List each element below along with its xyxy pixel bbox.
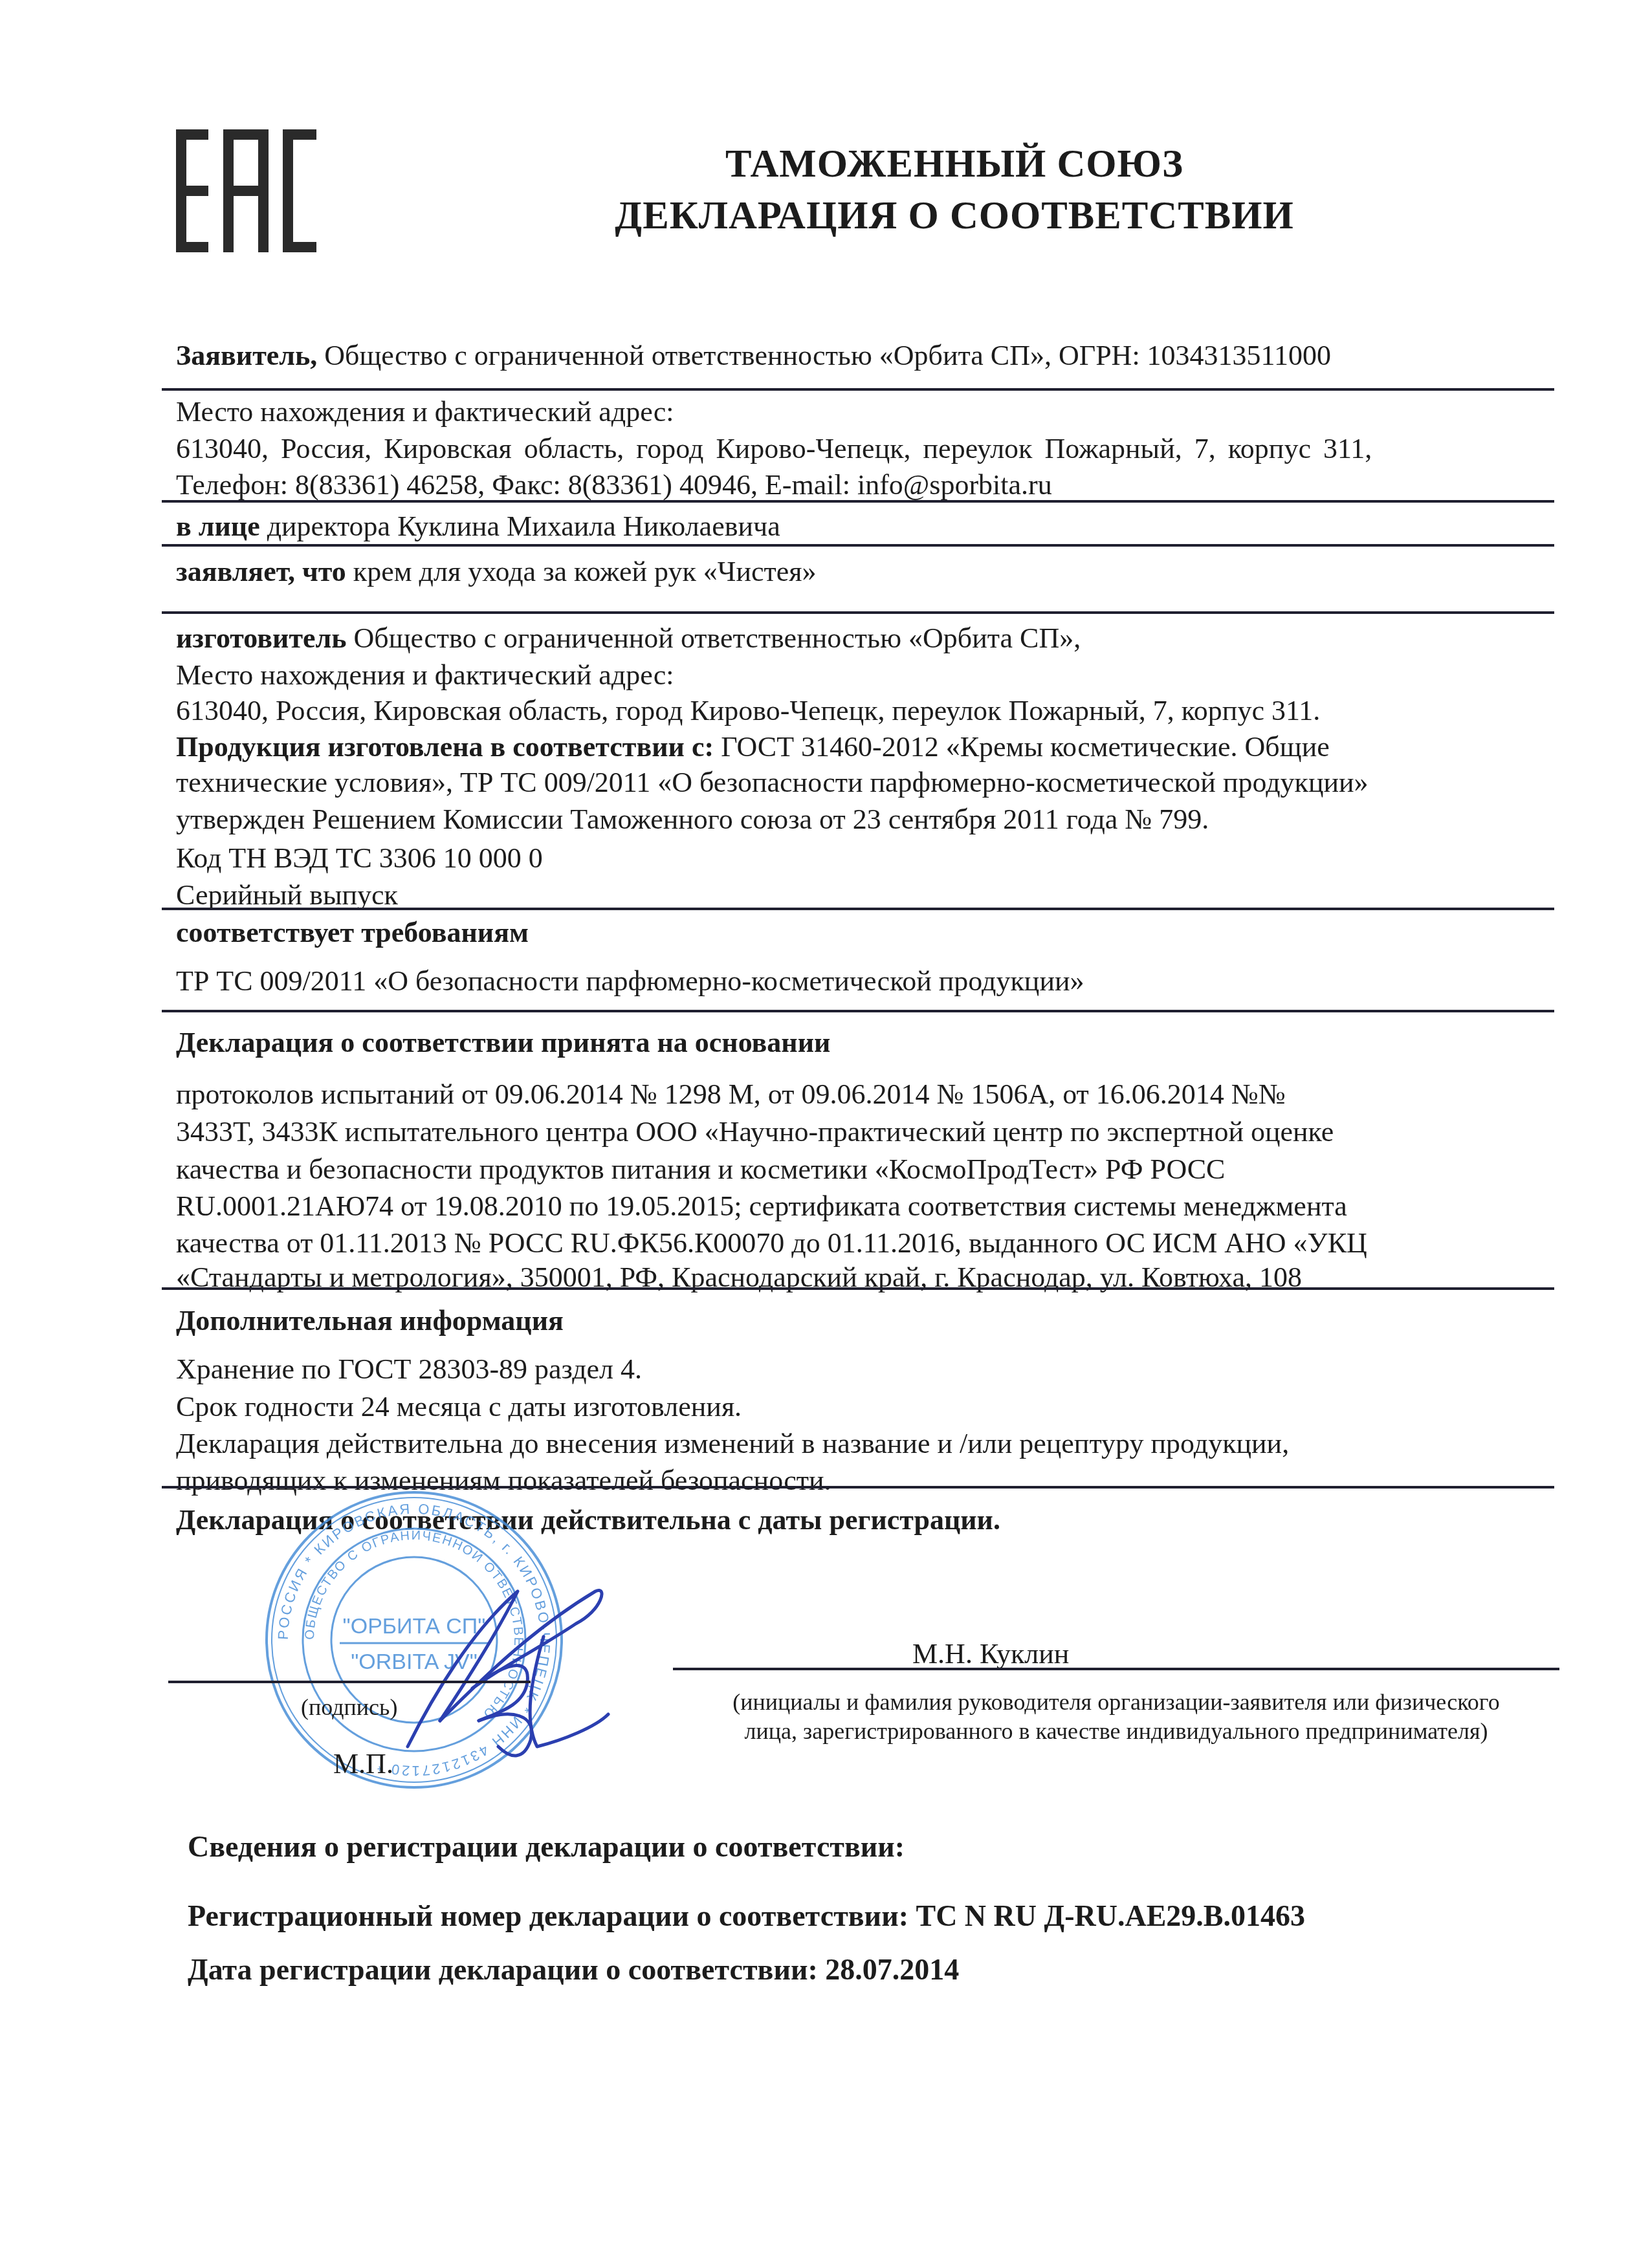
signature-caption: (подпись) (301, 1694, 397, 1721)
produced-text: ГОСТ 31460-2012 «Кремы косметические. Об… (714, 731, 1330, 763)
applicant-label: Заявитель, (176, 340, 317, 371)
applicant-text: Общество с ограниченной ответственностью… (317, 340, 1331, 371)
divider (162, 908, 1554, 910)
declares-text: крем для ухода за кожей рук «Чистея» (346, 556, 817, 587)
production-type: Серийный выпуск (176, 881, 398, 910)
divider (162, 1287, 1554, 1290)
name-line (673, 1668, 1559, 1670)
applicant-row: Заявитель, Общество с ограниченной ответ… (176, 342, 1331, 370)
title-customs-union: ТАМОЖЕННЫЙ СОЮЗ (19, 141, 1650, 187)
manufacturer-row: изготовитель Общество с ограниченной отв… (176, 624, 1081, 653)
applicant-address-label: Место нахождения и фактический адрес: (176, 398, 674, 426)
name-caption-line1: (инициалы и фамилия руководителя организ… (673, 1688, 1559, 1716)
signatory-name: М.Н. Куклин (912, 1640, 1069, 1668)
handwritten-signature (382, 1553, 615, 1766)
basis-line: 3433Т, 3433К испытательного центра ООО «… (176, 1118, 1334, 1146)
title-declaration: ДЕКЛАРАЦИЯ О СООТВЕТСТВИИ (19, 193, 1650, 239)
represented-by-row: в лице директора Куклина Михаила Николае… (176, 512, 780, 541)
applicant-address: 613040, Россия, Кировская область, город… (176, 435, 1372, 463)
divider (162, 1010, 1554, 1012)
basis-line: протоколов испытаний от 09.06.2014 № 129… (176, 1080, 1286, 1109)
applicant-contacts: Телефон: 8(83361) 46258, Факс: 8(83361) … (176, 471, 1052, 499)
manufacturer-address: 613040, Россия, Кировская область, город… (176, 697, 1320, 725)
additional-line: Хранение по ГОСТ 28303-89 раздел 4. (176, 1355, 642, 1384)
registration-number: ТС N RU Д-RU.АЕ29.В.01463 (916, 1899, 1305, 1932)
manufacturer-label: изготовитель (176, 622, 346, 654)
registration-number-label: Регистрационный номер декларации о соотв… (188, 1899, 916, 1932)
signature-line (168, 1681, 531, 1683)
manufacturer-text: Общество с ограниченной ответственностью… (346, 622, 1081, 654)
divider (162, 500, 1554, 503)
produced-in-accordance-row: Продукция изготовлена в соответствии с: … (176, 733, 1330, 761)
basis-line: качества и безопасности продуктов питани… (176, 1155, 1225, 1184)
basis-line: RU.0001.21АЮ74 от 19.08.2010 по 19.05.20… (176, 1192, 1347, 1221)
basis-line: качества от 01.11.2013 № РОСС RU.ФК56.К0… (176, 1229, 1367, 1258)
divider (162, 544, 1554, 547)
conforms-label: соответствует требованиям (176, 919, 529, 947)
divider (162, 611, 1554, 614)
hs-code: Код ТН ВЭД ТС 3306 10 000 0 (176, 844, 543, 873)
represented-by-text: директора Куклина Михаила Николаевича (260, 510, 780, 542)
represented-by-label: в лице (176, 510, 260, 542)
manufacturer-address-label: Место нахождения и фактический адрес: (176, 661, 674, 690)
produced-label: Продукция изготовлена в соответствии с: (176, 731, 714, 763)
produced-text-line2: технические условия», ТР ТС 009/2011 «О … (176, 769, 1369, 797)
seal-caption: М.П. (333, 1750, 393, 1778)
declares-label: заявляет, что (176, 556, 346, 587)
produced-text-line3: утвержден Решением Комиссии Таможенного … (176, 805, 1209, 834)
basis-label: Декларация о соответствии принята на осн… (176, 1029, 830, 1057)
registration-date: 28.07.2014 (825, 1953, 959, 1986)
registration-date-row: Дата регистрации декларации о соответств… (188, 1952, 959, 1987)
additional-label: Дополнительная информация (176, 1307, 564, 1335)
registration-heading: Сведения о регистрации декларации о соот… (188, 1829, 905, 1864)
registration-date-label: Дата регистрации декларации о соответств… (188, 1953, 825, 1986)
declares-row: заявляет, что крем для ухода за кожей ру… (176, 558, 816, 586)
divider (162, 388, 1554, 391)
name-caption-line2: лица, зарегистрированного в качестве инд… (673, 1717, 1559, 1745)
additional-line: Декларация действительна до внесения изм… (176, 1430, 1289, 1458)
additional-line: Срок годности 24 месяца с даты изготовле… (176, 1393, 742, 1421)
conforms-text: ТР ТС 009/2011 «О безопасности парфюмерн… (176, 967, 1084, 996)
registration-number-row: Регистрационный номер декларации о соотв… (188, 1899, 1305, 1933)
